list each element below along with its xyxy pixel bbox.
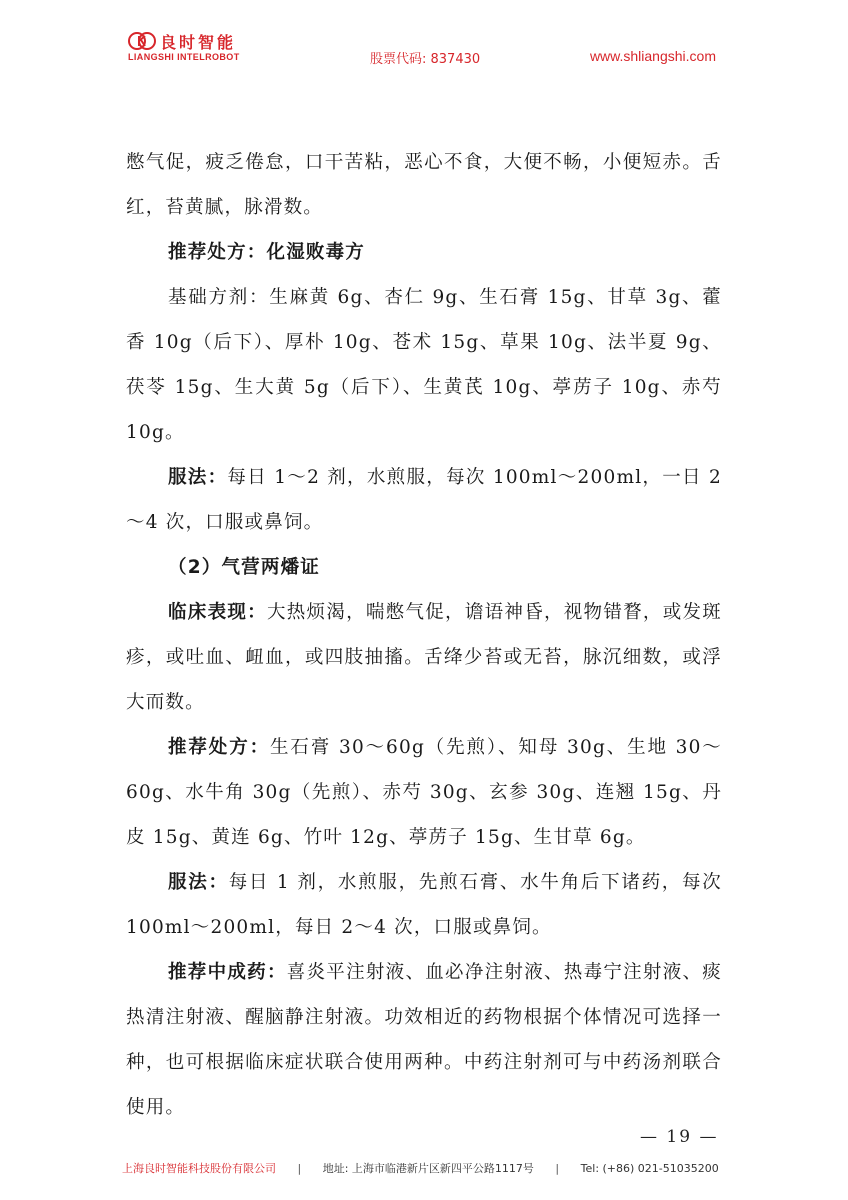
recommended-prescription-heading: 推荐处方：化湿败毒方 [126,230,722,275]
logo-english-name: LIANGSHI INTELROBOT [128,52,240,62]
page-number: — 19 — [640,1127,718,1147]
symptom-continuation: 憋气促，疲乏倦怠，口干苦粘，恶心不食，大便不畅，小便短赤。舌红，苔黄腻，脉滑数。 [126,140,722,230]
dosage-label-2: 服法： [168,872,229,893]
page-header: 良时智能 LIANGSHI INTELROBOT 股票代码: 837430 ww… [126,30,722,70]
stock-code: 股票代码: 837430 [370,48,480,67]
footer-separator: | [298,1162,302,1175]
footer-separator: | [555,1162,559,1175]
footer-company: 上海良时智能科技股份有限公司 [122,1162,276,1175]
section-heading-qi-ying: （2）气营两燔证 [126,545,722,590]
prescription-paragraph: 推荐处方：生石膏 30～60g（先煎）、知母 30g、生地 30～60g、水牛角… [126,725,722,860]
base-formula-paragraph: 基础方剂：生麻黄 6g、杏仁 9g、生石膏 15g、甘草 3g、藿香 10g（后… [126,275,722,455]
footer-address: 地址: 上海市临港新片区新四平公路1117号 [323,1162,534,1175]
patent-medicine-label: 推荐中成药： [168,962,287,983]
logo-chinese-name: 良时智能 [160,30,236,53]
clinical-manifestation-paragraph: 临床表现：大热烦渴，喘憋气促，谵语神昏，视物错瞀，或发斑疹，或吐血、衄血，或四肢… [126,590,722,725]
dosage-paragraph-2: 服法：每日 1 剂，水煎服，先煎石膏、水牛角后下诸药，每次 100ml～200m… [126,860,722,950]
dosage-label: 服法： [168,467,227,488]
page-footer: 上海良时智能科技股份有限公司 | 地址: 上海市临港新片区新四平公路1117号 … [122,1160,722,1176]
dosage-paragraph-1: 服法：每日 1～2 剂，水煎服，每次 100ml～200ml，一日 2～4 次，… [126,455,722,545]
patent-medicine-text: 喜炎平注射液、血必净注射液、热毒宁注射液、痰热清注射液、醒脑静注射液。功效相近的… [126,962,722,1118]
company-logo: 良时智能 LIANGSHI INTELROBOT [126,30,256,66]
document-body: 憋气促，疲乏倦怠，口干苦粘，恶心不食，大便不畅，小便短赤。舌红，苔黄腻，脉滑数。… [126,140,722,1130]
patent-medicine-paragraph: 推荐中成药：喜炎平注射液、血必净注射液、热毒宁注射液、痰热清注射液、醒脑静注射液… [126,950,722,1130]
clinical-label: 临床表现： [168,602,267,623]
prescription-label: 推荐处方： [168,737,270,758]
liangshi-logo-icon [128,32,158,50]
footer-tel: Tel: (+86) 021-51035200 [581,1162,719,1175]
website-link[interactable]: www.shliangshi.com [590,48,716,64]
